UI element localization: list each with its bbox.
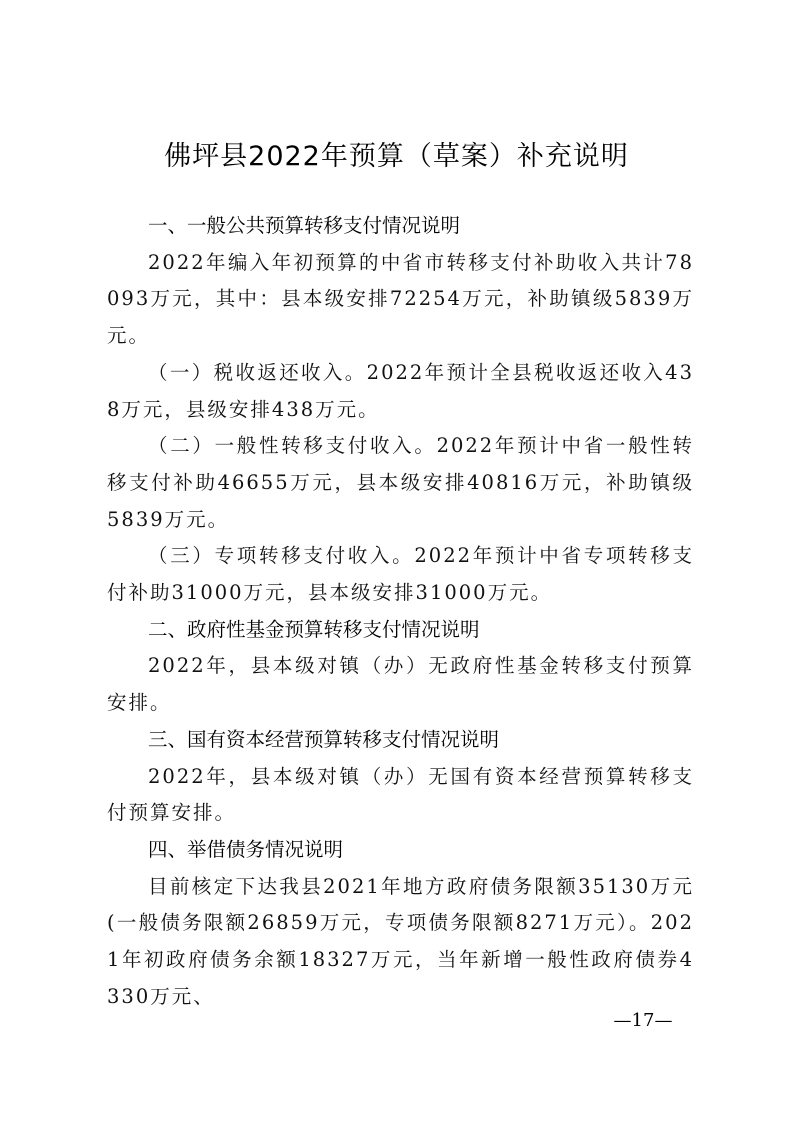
section-government-fund-transfer: 二、政府性基金预算转移支付情况说明 2022年，县本级对镇（办）无政府性基金转移… xyxy=(107,612,694,722)
section-state-capital-transfer: 三、国有资本经营预算转移支付情况说明 2022年，县本级对镇（办）无国有资本经营… xyxy=(107,722,694,832)
paragraph: 2022年编入年初预算的中省市转移支付补助收入共计78093万元，其中：县本级安… xyxy=(107,245,694,355)
section-debt-borrowing: 四、举借债务情况说明 目前核定下达我县2021年地方政府债务限额35130万元(… xyxy=(107,832,694,1016)
page-number: —17— xyxy=(598,1010,688,1031)
section-heading: 一、一般公共预算转移支付情况说明 xyxy=(107,208,694,245)
document-body: 一、一般公共预算转移支付情况说明 2022年编入年初预算的中省市转移支付补助收入… xyxy=(107,208,694,1015)
paragraph: （一）税收返还收入。2022年预计全县税收返还收入438万元，县级安排438万元… xyxy=(107,355,694,428)
paragraph: 目前核定下达我县2021年地方政府债务限额35130万元(一般债务限额26859… xyxy=(107,869,694,1016)
section-general-budget-transfer: 一、一般公共预算转移支付情况说明 2022年编入年初预算的中省市转移支付补助收入… xyxy=(107,208,694,612)
paragraph: 2022年，县本级对镇（办）无政府性基金转移支付预算安排。 xyxy=(107,648,694,721)
section-heading: 四、举借债务情况说明 xyxy=(107,832,694,869)
section-heading: 二、政府性基金预算转移支付情况说明 xyxy=(107,612,694,649)
section-heading: 三、国有资本经营预算转移支付情况说明 xyxy=(107,722,694,759)
paragraph: （三）专项转移支付收入。2022年预计中省专项转移支付补助31000万元，县本级… xyxy=(107,538,694,611)
paragraph: （二）一般性转移支付收入。2022年预计中省一般性转移支付补助46655万元，县… xyxy=(107,428,694,538)
document-page: 佛坪县2022年预算（草案）补充说明 一、一般公共预算转移支付情况说明 2022… xyxy=(0,0,793,1122)
document-title: 佛坪县2022年预算（草案）补充说明 xyxy=(0,134,793,173)
paragraph: 2022年，县本级对镇（办）无国有资本经营预算转移支付预算安排。 xyxy=(107,759,694,832)
